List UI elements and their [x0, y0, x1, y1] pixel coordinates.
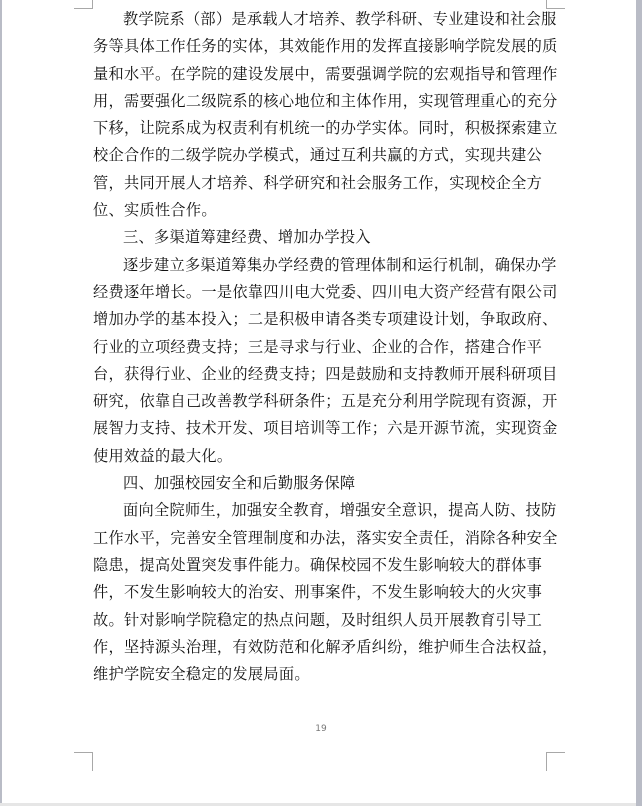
text-line: 增加办学的基本投入；二是积极申请各类专项建设计划，争取政府、 — [93, 306, 553, 333]
text-line: 工作水平，完善安全管理制度和办法，落实安全责任，消除各种安全 — [93, 525, 553, 552]
text-line: 维护学院安全稳定的发展局面。 — [93, 661, 553, 688]
text-line: 下移，让院系成为权责利有机统一的办学实体。同时，积极探索建立 — [93, 115, 553, 142]
text-line: 逐步建立多渠道筹集办学经费的管理体制和运行机制，确保办学 — [93, 252, 553, 279]
text-line: 经费逐年增长。一是依靠四川电大党委、四川电大资产经营有限公司 — [93, 279, 553, 306]
text-line: 使用效益的最大化。 — [93, 443, 553, 470]
text-line: 行业的立项经费支持；三是寻求与行业、企业的合作，搭建合作平 — [93, 334, 553, 361]
text-line: 隐患，提高处置突发事件能力。确保校园不发生影响较大的群体事 — [93, 552, 553, 579]
paragraph-college-departments: 教学院系（部）是承载人才培养、教学科研、专业建设和社会服 务等具体工作任务的实体… — [93, 6, 553, 224]
text-line: 作，坚持源头治理，有效防范和化解矛盾纠纷，维护师生合法权益， — [93, 634, 553, 661]
text-line: 量和水平。在学院的建设发展中，需要强调学院的宏观指导和管理作 — [93, 61, 553, 88]
paragraph-funding: 逐步建立多渠道筹集办学经费的管理体制和运行机制，确保办学 经费逐年增长。一是依靠… — [93, 252, 553, 470]
paragraph-safety: 面向全院师生，加强安全教育，增强安全意识，提高人防、技防 工作水平，完善安全管理… — [93, 497, 553, 688]
text-line: 故。针对影响学院稳定的热点问题，及时组织人员开展教育引导工 — [93, 607, 553, 634]
text-line: 研究，依靠自己改善教学科研条件；五是充分利用学院现有资源，开 — [93, 388, 553, 415]
text-line: 教学院系（部）是承载人才培养、教学科研、专业建设和社会服 — [93, 6, 553, 33]
vertical-scrollbar[interactable] — [636, 0, 642, 806]
crop-mark-top-left — [74, 0, 93, 9]
text-line: 用，需要强化二级院系的核心地位和主体作用，实现管理重心的充分 — [93, 88, 553, 115]
text-line: 展智力支持、技术开发、项目培训等工作；六是开源节流，实现资金 — [93, 415, 553, 442]
document-body[interactable]: 教学院系（部）是承载人才培养、教学科研、专业建设和社会服 务等具体工作任务的实体… — [93, 6, 553, 688]
text-line: 台，获得行业、企业的经费支持；四是鼓励和支持教师开展科研项目 — [93, 361, 553, 388]
text-line: 位、实质性合作。 — [93, 197, 553, 224]
text-line: 校企合作的二级学院办学模式，通过互利共赢的方式，实现共建公 — [93, 142, 553, 169]
text-line: 务等具体工作任务的实体，其效能作用的发挥直接影响学院发展的质 — [93, 33, 553, 60]
page-number: 19 — [0, 724, 642, 734]
crop-mark-bottom-left — [74, 752, 93, 771]
text-line: 管，共同开展人才培养、科学研究和社会服务工作，实现校企全方 — [93, 170, 553, 197]
text-line: 件，不发生影响较大的治安、刑事案件，不发生影响较大的火灾事 — [93, 579, 553, 606]
window-left-edge — [0, 0, 2, 806]
section-heading-funding: 三、多渠道筹建经费、增加办学投入 — [93, 224, 553, 251]
section-heading-safety: 四、加强校园安全和后勤服务保障 — [93, 470, 553, 497]
crop-mark-bottom-right — [546, 752, 565, 771]
text-line: 面向全院师生，加强安全教育，增强安全意识，提高人防、技防 — [93, 497, 553, 524]
